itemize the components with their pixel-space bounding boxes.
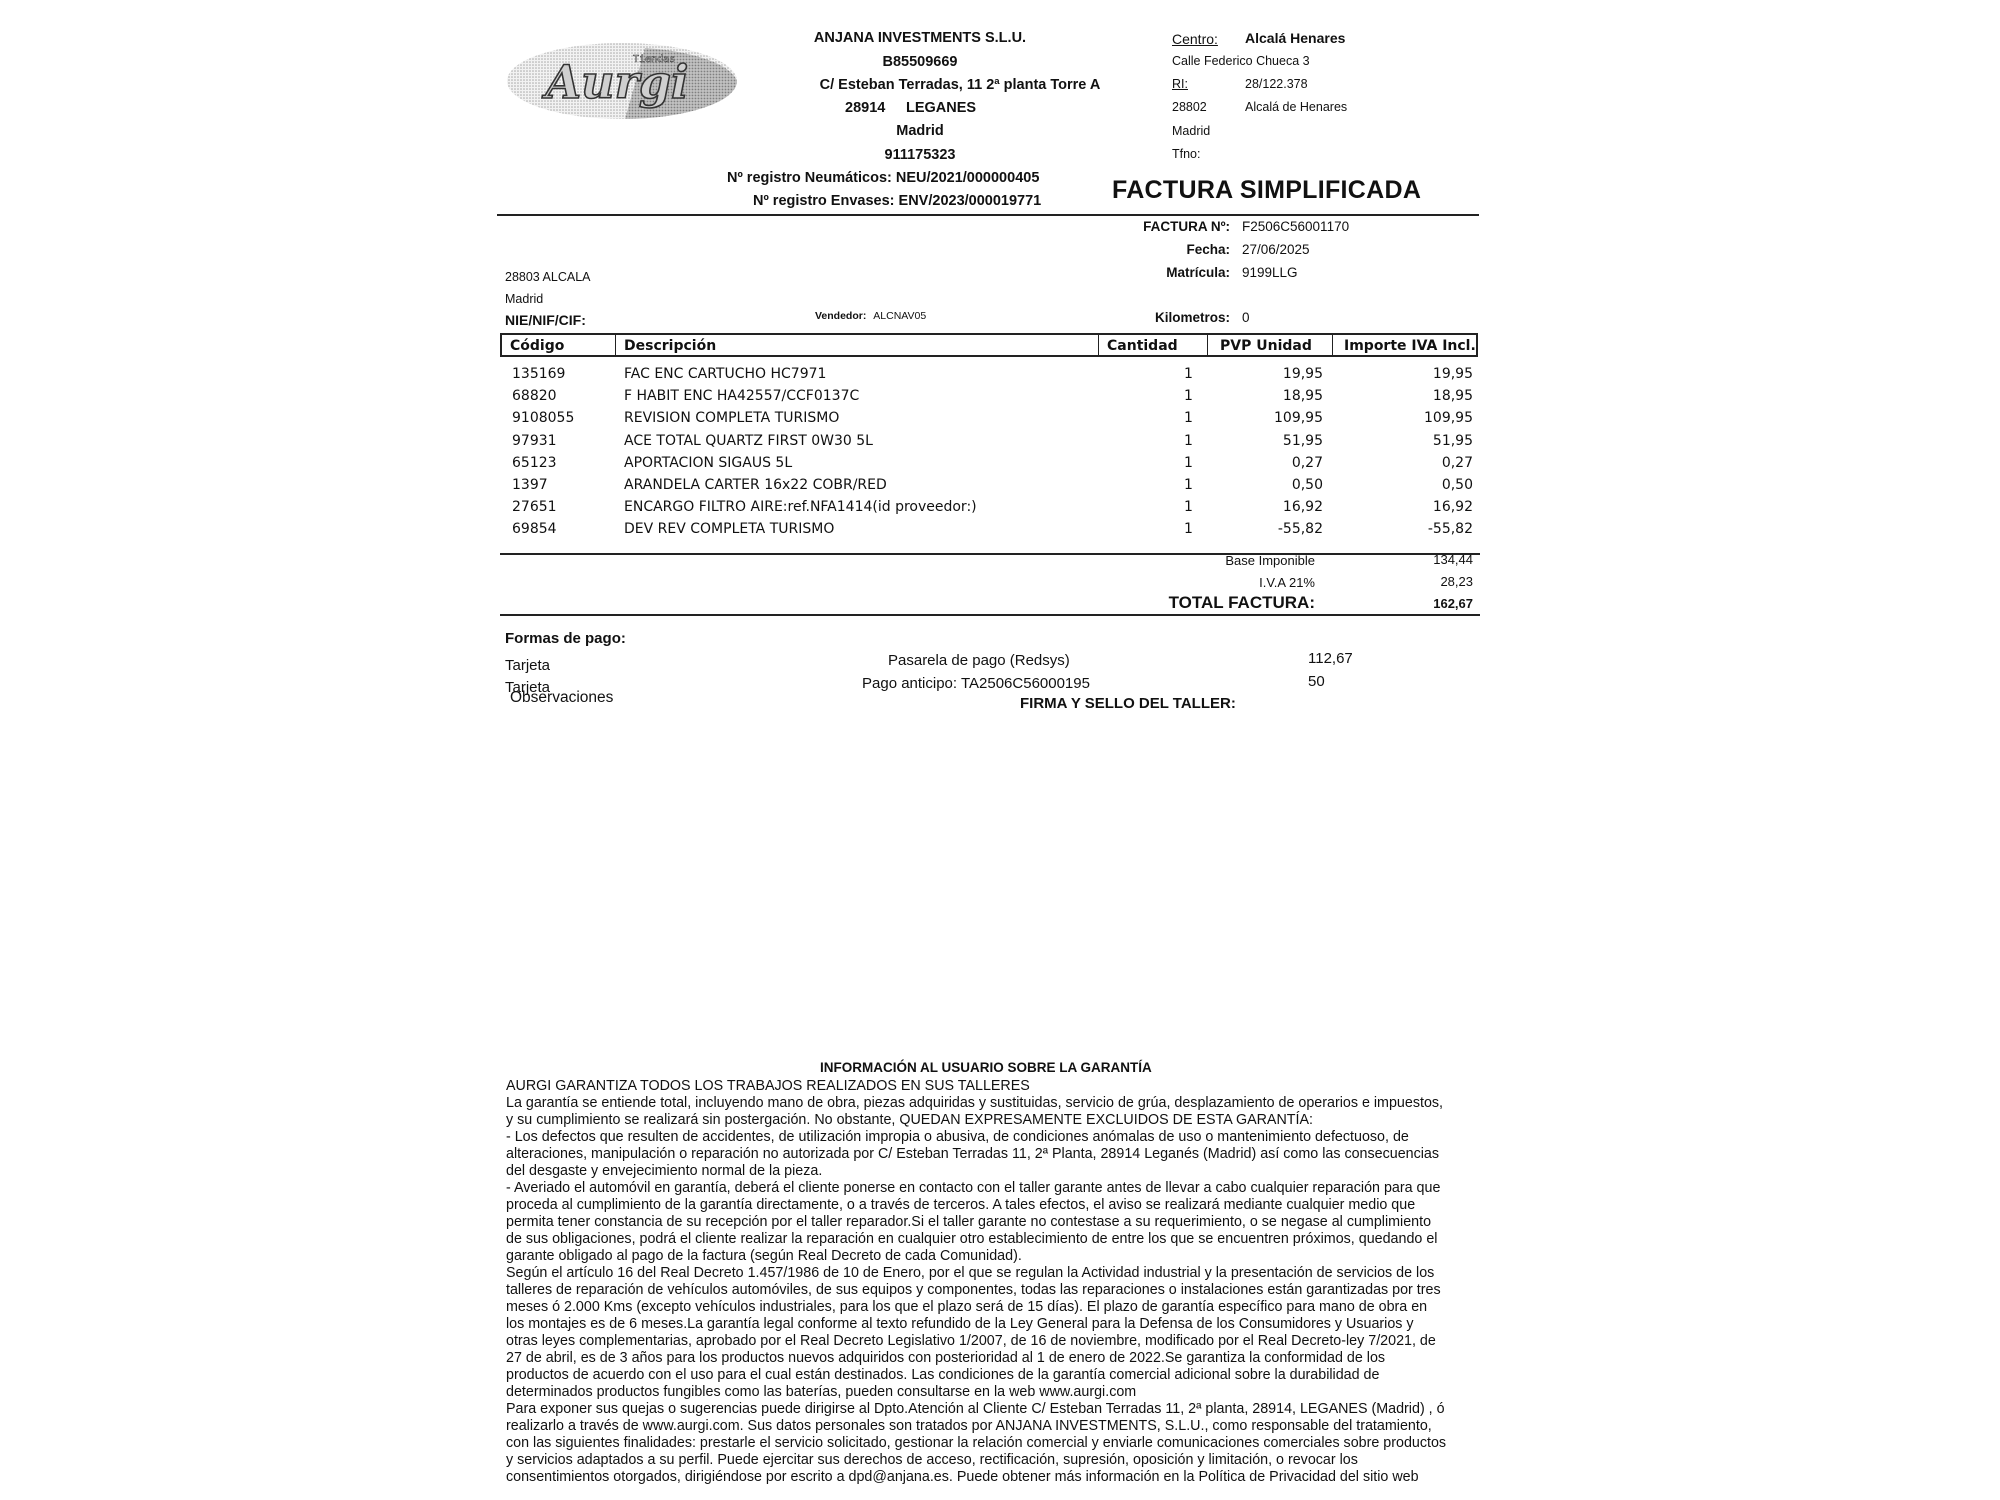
centro-postal-code: 28802 [1172, 100, 1207, 114]
customer-province: Madrid [505, 292, 543, 306]
cell-unit: 0,27 [1292, 455, 1323, 471]
company-postal-code: 28914 [845, 100, 885, 116]
cell-unit: 0,50 [1292, 477, 1323, 493]
centro-ri-label: RI: [1172, 77, 1188, 91]
payment-amount-2: 50 [1308, 673, 1325, 690]
cell-qty: 1 [1184, 521, 1193, 537]
cell-qty: 1 [1184, 455, 1193, 471]
warranty-line: meses ó 2.000 Kms (excepto vehículos ind… [506, 1299, 1526, 1316]
warranty-line: productos de acuerdo con el uso para el … [506, 1367, 1526, 1384]
table-row: 9108055REVISION COMPLETA TURISMO1109,951… [500, 410, 1478, 432]
cell-qty: 1 [1184, 477, 1193, 493]
warranty-text: AURGI GARANTIZA TODOS LOS TRABAJOS REALI… [506, 1078, 1526, 1486]
totals-divider [500, 614, 1480, 616]
seller: Vendedor: ALCNAV05 [815, 310, 926, 322]
centro-name: Alcalá Henares [1245, 30, 1345, 46]
warranty-line: talleres de reparación de vehículos auto… [506, 1282, 1526, 1299]
centro-street: Calle Federico Chueca 3 [1172, 54, 1310, 68]
warranty-line: proceda al cumplimiento de la garantía d… [506, 1197, 1526, 1214]
cell-code: 9108055 [512, 410, 574, 426]
warranty-title: INFORMACIÓN AL USUARIO SOBRE LA GARANTÍA [820, 1060, 1152, 1075]
seller-value: ALCNAV05 [873, 310, 926, 322]
header-descripcion: Descripción [624, 335, 716, 355]
svg-text:Tiendas: Tiendas [633, 54, 675, 65]
centro-label: Centro: [1172, 31, 1218, 47]
header-separator [615, 335, 616, 355]
header-separator [1207, 335, 1208, 355]
cell-code: 97931 [512, 433, 557, 449]
cell-unit: 51,95 [1283, 433, 1323, 449]
company-cif: B85509669 [760, 54, 1080, 70]
reg-neumaticos: Nº registro Neumáticos: NEU/2021/0000004… [727, 170, 1039, 186]
invoice-date-label: Fecha: [1100, 242, 1230, 257]
items-divider [500, 553, 1480, 555]
reg-envases-label: Nº registro Envases: [753, 193, 895, 209]
header-divider [497, 214, 1479, 216]
payment-detail-1: Pasarela de pago (Redsys) [888, 652, 1070, 669]
cell-code: 69854 [512, 521, 557, 537]
company-name: ANJANA INVESTMENTS S.L.U. [760, 30, 1080, 46]
centro-phone-label: Tfno: [1172, 147, 1201, 161]
warranty-line: permita tener constancia de su recepción… [506, 1214, 1526, 1231]
warranty-line: los montajes es de 6 meses.La garantía l… [506, 1316, 1526, 1333]
cell-qty: 1 [1184, 433, 1193, 449]
table-row: 69854DEV REV COMPLETA TURISMO1-55,82-55,… [500, 521, 1478, 543]
plate-label: Matrícula: [1100, 265, 1230, 280]
observations-label: Observaciones [510, 689, 613, 707]
cell-desc: ACE TOTAL QUARTZ FIRST 0W30 5L [624, 433, 873, 449]
warranty-line: La garantía se entiende total, incluyend… [506, 1095, 1526, 1112]
iva-value: 28,23 [1380, 574, 1473, 589]
cell-total: 109,95 [1424, 410, 1473, 426]
warranty-line: AURGI GARANTIZA TODOS LOS TRABAJOS REALI… [506, 1078, 1526, 1095]
aurgi-logo: Aurgi Tiendas [505, 40, 740, 122]
cell-total: -55,82 [1428, 521, 1473, 537]
cell-qty: 1 [1184, 410, 1193, 426]
cell-desc: F HABIT ENC HA42557/CCF0137C [624, 388, 859, 404]
cell-unit: 16,92 [1283, 499, 1323, 515]
nif-label: NIE/NIF/CIF: [505, 312, 586, 328]
cell-total: 19,95 [1433, 366, 1473, 382]
reg-envases: Nº registro Envases: ENV/2023/000019771 [753, 193, 1041, 209]
reg-envases-value: ENV/2023/000019771 [899, 193, 1042, 209]
warranty-line: 27 de abril, es de 3 años para los produ… [506, 1350, 1526, 1367]
total-label: TOTAL FACTURA: [1080, 593, 1315, 613]
document-title: FACTURA SIMPLIFICADA [1112, 176, 1421, 205]
items-table-header: Código Descripción Cantidad PVP Unidad I… [500, 333, 1478, 357]
warranty-line: del desgaste y envejecimiento normal de … [506, 1163, 1526, 1180]
table-row: 68820F HABIT ENC HA42557/CCF0137C118,951… [500, 388, 1478, 410]
header-pvp-unidad: PVP Unidad [1220, 335, 1312, 355]
km-value: 0 [1242, 310, 1250, 325]
payment-amount-1: 112,67 [1308, 650, 1353, 667]
table-row: 65123APORTACION SIGAUS 5L10,270,27 [500, 455, 1478, 477]
warranty-line: - Averiado el automóvil en garantía, deb… [506, 1180, 1526, 1197]
cell-desc: APORTACION SIGAUS 5L [624, 455, 792, 471]
warranty-line: realizarlo a través de www.aurgi.com. Su… [506, 1418, 1526, 1435]
total-value: 162,67 [1380, 596, 1473, 611]
table-row: 135169FAC ENC CARTUCHO HC7971119,9519,95 [500, 366, 1478, 388]
cell-unit: 18,95 [1283, 388, 1323, 404]
centro-province: Madrid [1172, 124, 1210, 138]
warranty-line: Según el artículo 16 del Real Decreto 1.… [506, 1265, 1526, 1282]
base-value: 134,44 [1380, 552, 1473, 567]
warranty-line: otras leyes complementarias, aprobado po… [506, 1333, 1526, 1350]
centro-city: Alcalá de Henares [1245, 100, 1347, 114]
header-codigo: Código [510, 335, 564, 355]
invoice-date: 27/06/2025 [1242, 242, 1310, 257]
cell-unit: 109,95 [1274, 410, 1323, 426]
cell-code: 1397 [512, 477, 548, 493]
company-city: LEGANES [906, 100, 976, 116]
customer-city: 28803 ALCALA [505, 270, 591, 284]
warranty-line: Para exponer sus quejas o sugerencias pu… [506, 1401, 1526, 1418]
company-province: Madrid [760, 123, 1080, 139]
payment-label: Formas de pago: [505, 630, 626, 647]
cell-total: 0,27 [1442, 455, 1473, 471]
cell-code: 135169 [512, 366, 565, 382]
cell-qty: 1 [1184, 388, 1193, 404]
seller-label: Vendedor: [815, 310, 866, 322]
payment-detail-2: Pago anticipo: TA2506C56000195 [862, 675, 1090, 692]
header-importe: Importe IVA Incl. [1344, 335, 1476, 355]
company-phone: 911175323 [760, 147, 1080, 163]
header-cantidad: Cantidad [1107, 335, 1178, 355]
company-address: C/ Esteban Terradas, 11 2ª planta Torre … [800, 77, 1120, 93]
cell-code: 27651 [512, 499, 557, 515]
reg-neumaticos-label: Nº registro Neumáticos: [727, 170, 892, 186]
cell-qty: 1 [1184, 366, 1193, 382]
warranty-line: alteraciones, manipulación o reparación … [506, 1146, 1526, 1163]
plate-number: 9199LLG [1242, 265, 1298, 280]
warranty-line: garante obligado al pago de la factura (… [506, 1248, 1526, 1265]
invoice-number: F2506C56001170 [1242, 219, 1349, 234]
cell-desc: ARANDELA CARTER 16x22 COBR/RED [624, 477, 887, 493]
warranty-line: - Los defectos que resulten de accidente… [506, 1129, 1526, 1146]
warranty-line: determinados productos fungibles como la… [506, 1384, 1526, 1401]
reg-neumaticos-value: NEU/2021/000000405 [896, 170, 1040, 186]
warranty-line: de sus obligaciones, podrá el cliente re… [506, 1231, 1526, 1248]
table-row: 27651ENCARGO FILTRO AIRE:ref.NFA1414(id … [500, 499, 1478, 521]
payment-method-1: Tarjeta [505, 657, 550, 674]
warranty-line: y servicios adaptados a su perfil. Puede… [506, 1452, 1526, 1469]
cell-code: 68820 [512, 388, 557, 404]
cell-unit: 19,95 [1283, 366, 1323, 382]
cell-desc: ENCARGO FILTRO AIRE:ref.NFA1414(id prove… [624, 499, 977, 515]
cell-total: 0,50 [1442, 477, 1473, 493]
header-separator [1332, 335, 1333, 355]
cell-desc: DEV REV COMPLETA TURISMO [624, 521, 834, 537]
cell-total: 16,92 [1433, 499, 1473, 515]
header-separator [1098, 335, 1099, 355]
km-label: Kilometros: [1100, 310, 1230, 325]
warranty-line: y su cumplimiento se realizará sin poste… [506, 1112, 1526, 1129]
signature-label: FIRMA Y SELLO DEL TALLER: [1020, 695, 1236, 712]
cell-desc: REVISION COMPLETA TURISMO [624, 410, 839, 426]
cell-qty: 1 [1184, 499, 1193, 515]
cell-code: 65123 [512, 455, 557, 471]
warranty-line: consentimientos otorgados, dirigiéndose … [506, 1469, 1526, 1486]
table-row: 97931ACE TOTAL QUARTZ FIRST 0W30 5L151,9… [500, 433, 1478, 455]
base-label: Base Imponible [1150, 553, 1315, 568]
table-row: 1397ARANDELA CARTER 16x22 COBR/RED10,500… [500, 477, 1478, 499]
cell-total: 18,95 [1433, 388, 1473, 404]
centro-ri: 28/122.378 [1245, 77, 1308, 91]
iva-label: I.V.A 21% [1150, 575, 1315, 590]
invoice-number-label: FACTURA Nº: [1100, 219, 1230, 234]
cell-unit: -55,82 [1278, 521, 1323, 537]
warranty-line: con las siguientes finalidades: prestarl… [506, 1435, 1526, 1452]
cell-total: 51,95 [1433, 433, 1473, 449]
cell-desc: FAC ENC CARTUCHO HC7971 [624, 366, 826, 382]
